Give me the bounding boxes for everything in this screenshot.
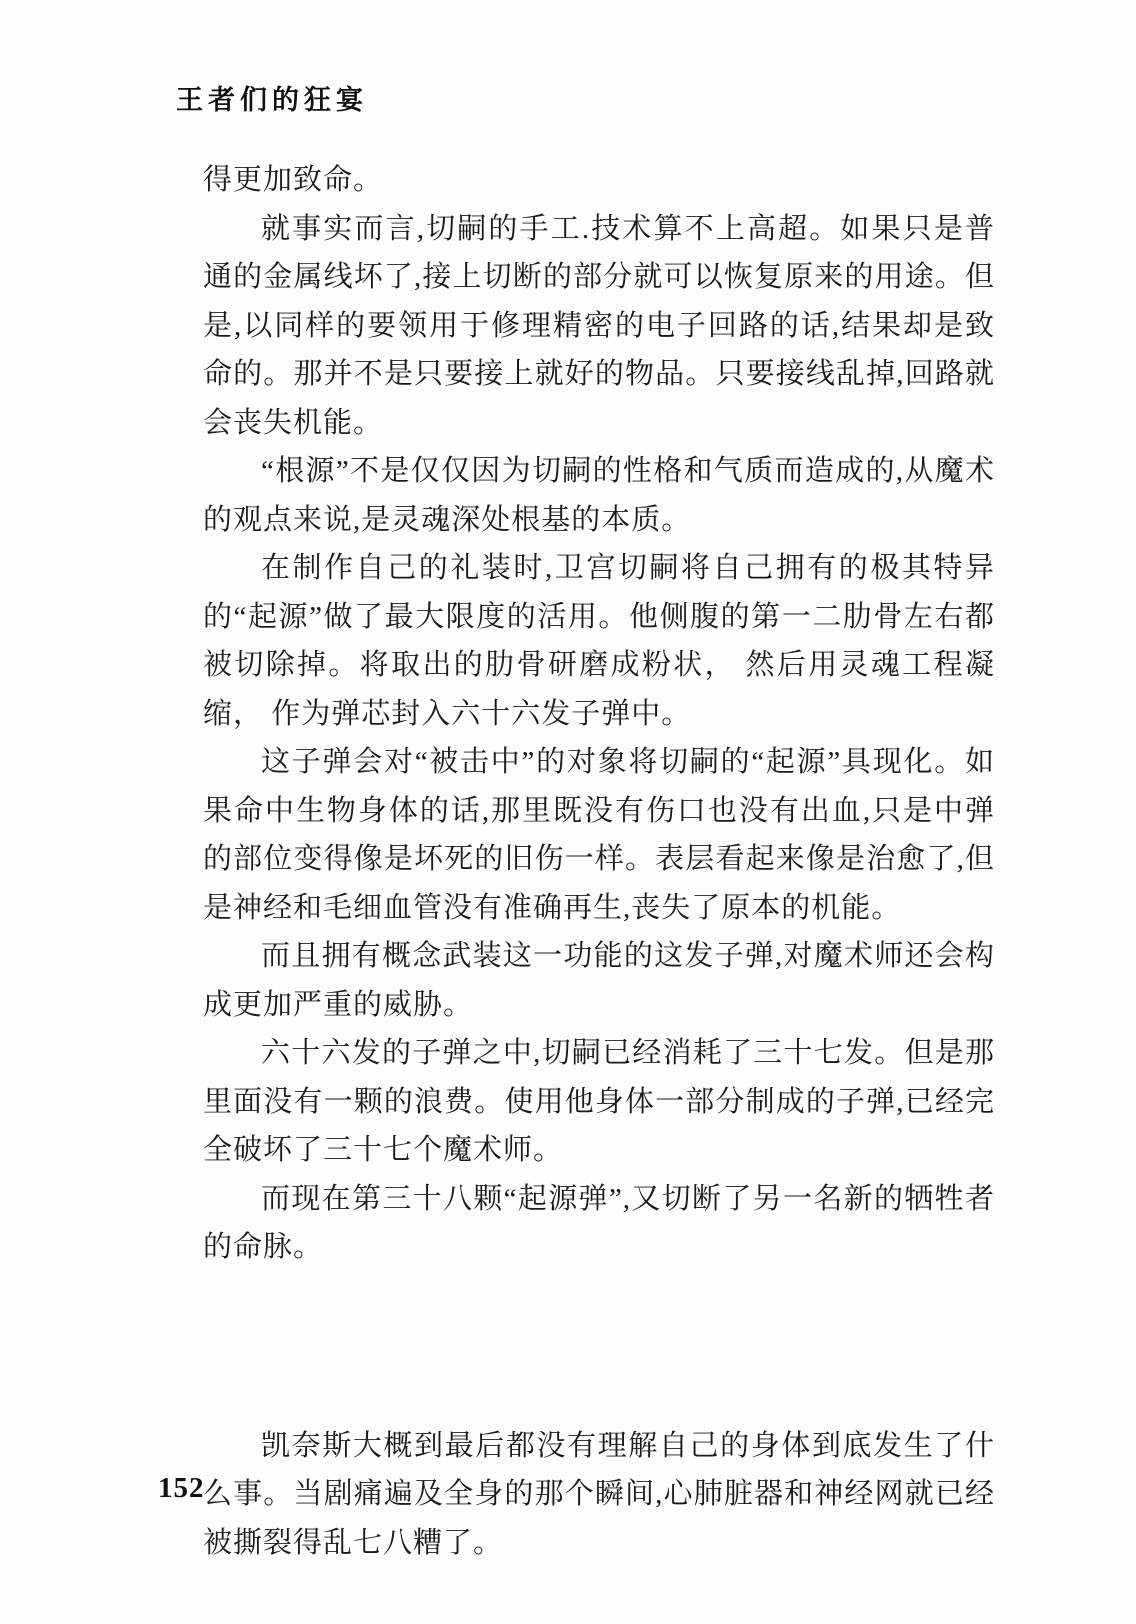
paragraph-continuation: 得更加致命。 (203, 156, 995, 205)
paragraph: 六十六发的子弹之中,切嗣已经消耗了三十七发。但是那里面没有一颗的浪费。使用他身体… (203, 1029, 995, 1175)
paragraph: 而且拥有概念武装这一功能的这发子弹,对魔术师还会构成更加严重的威胁。 (203, 932, 995, 1029)
paragraph: 在制作自己的礼装时,卫宫切嗣将自己拥有的极其特异的“起源”做了最大限度的活用。他… (203, 544, 995, 738)
paragraph: 这子弹会对“被击中”的对象将切嗣的“起源”具现化。如果命中生物身体的话,那里既没… (203, 738, 995, 932)
page-number: 152 (158, 1472, 205, 1505)
paragraph: 而现在第三十八颗“起源弹”,又切断了另一名新的牺牲者的命脉。 (203, 1175, 995, 1272)
paragraph: 就事实而言,切嗣的手工.技术算不上高超。如果只是普通的金属线坏了,接上切断的部分… (203, 205, 995, 448)
book-page: 王者们的狂宴 得更加致命。 就事实而言,切嗣的手工.技术算不上高超。如果只是普通… (0, 0, 1136, 1624)
body-text-block: 得更加致命。 就事实而言,切嗣的手工.技术算不上高超。如果只是普通的金属线坏了,… (203, 156, 995, 1567)
paragraph-new-section: 凯奈斯大概到最后都没有理解自己的身体到底发生了什么事。当剧痛遍及全身的那个瞬间,… (203, 1422, 995, 1568)
paragraph: “根源”不是仅仅因为切嗣的性格和气质而造成的,从魔术的观点来说,是灵魂深处根基的… (203, 447, 995, 544)
running-title: 王者们的狂宴 (176, 78, 368, 117)
